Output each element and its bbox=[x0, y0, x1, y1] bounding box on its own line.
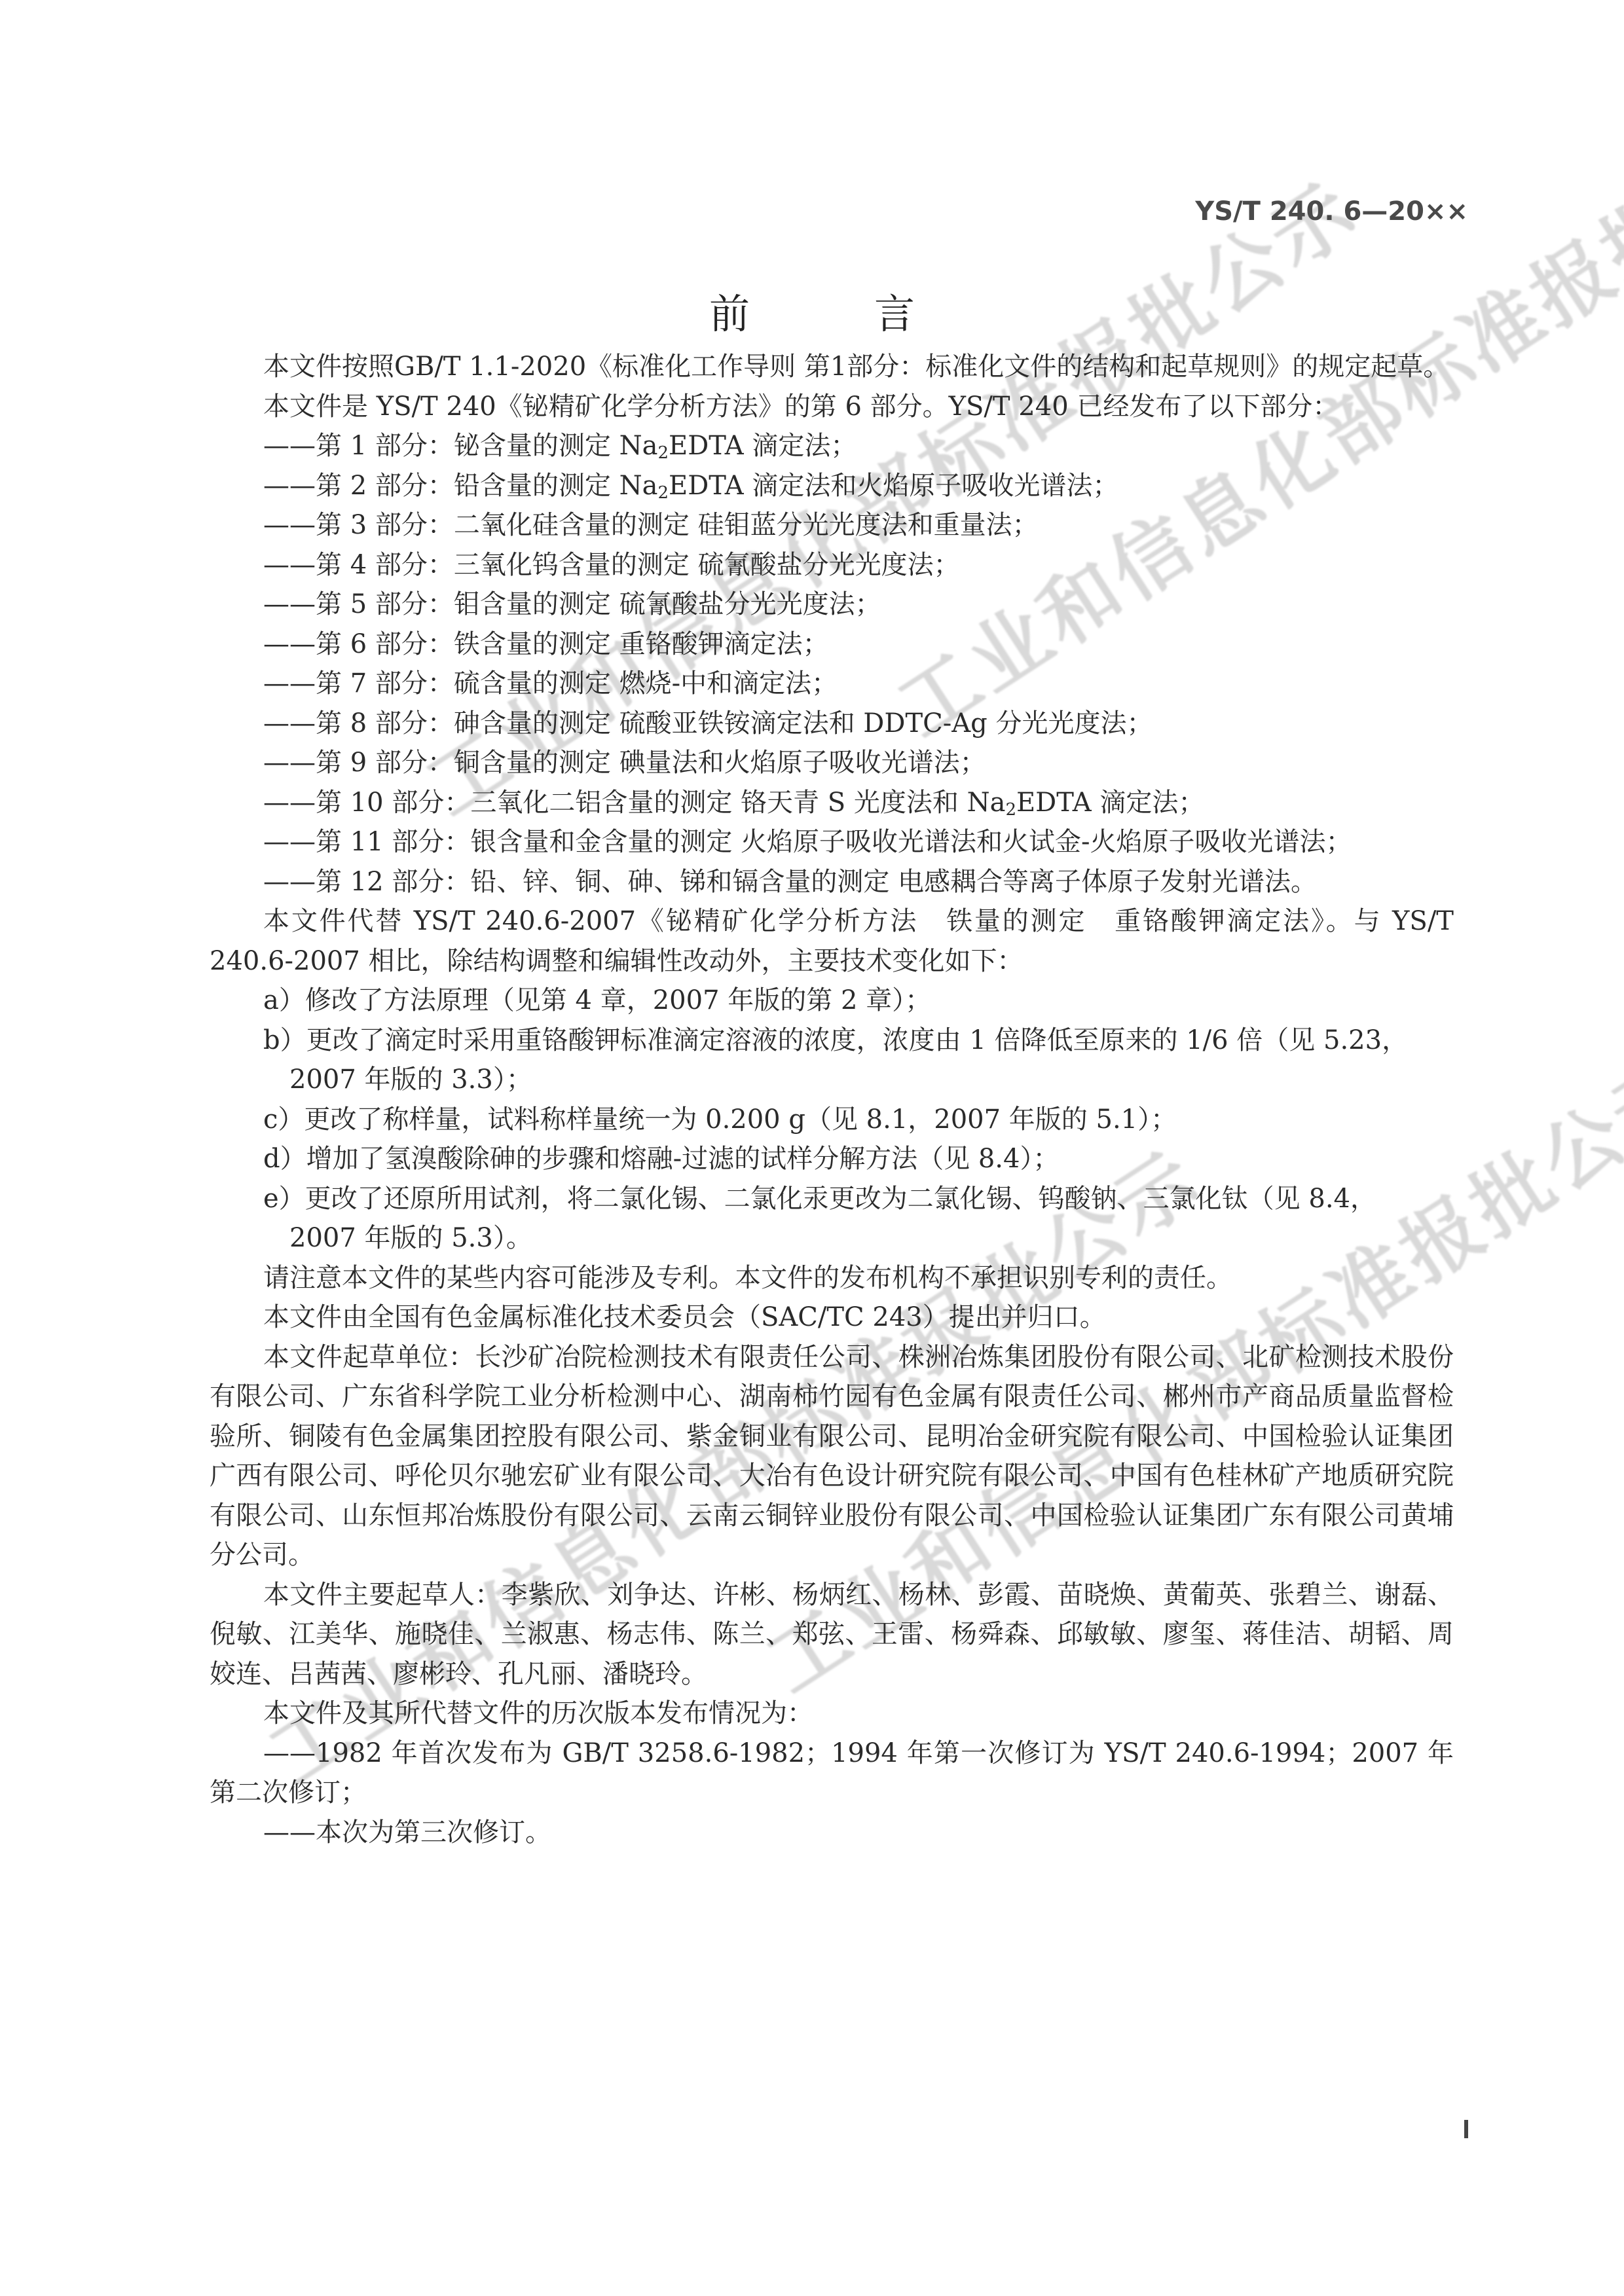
list-item: ——第 8 部分：砷含量的测定 硫酸亚铁铵滴定法和 DDTC-Ag 分光光度法； bbox=[210, 704, 1454, 744]
parts-list: ——第 1 部分：铋含量的测定 Na2EDTA 滴定法； ——第 2 部分：铅含… bbox=[210, 426, 1454, 902]
page-title: 前言 bbox=[0, 282, 1624, 340]
list-item: d）增加了氢溴酸除砷的步骤和熔融-过滤的试样分解方法（见 8.4）； bbox=[210, 1139, 1454, 1179]
list-item: ——第 1 部分：铋含量的测定 Na2EDTA 滴定法； bbox=[210, 426, 1454, 466]
list-item: a）修改了方法原理（见第 4 章，2007 年版的第 2 章）； bbox=[210, 981, 1454, 1021]
changes-list: a）修改了方法原理（见第 4 章，2007 年版的第 2 章）； b）更改了滴定… bbox=[210, 981, 1454, 1258]
paragraph-drafting-units: 本文件起草单位：长沙矿冶院检测技术有限责任公司、株洲冶炼集团股份有限公司、北矿检… bbox=[210, 1338, 1454, 1575]
list-item: ——本次为第三次修订。 bbox=[210, 1813, 1454, 1853]
title-char: 前 bbox=[709, 282, 750, 340]
list-item: ——第 3 部分：二氧化硅含量的测定 硅钼蓝分光光度法和重量法； bbox=[210, 505, 1454, 545]
list-item: ——第 2 部分：铅含量的测定 Na2EDTA 滴定法和火焰原子吸收光谱法； bbox=[210, 466, 1454, 506]
list-item: e）更改了还原所用试剂，将二氯化锡、二氯化汞更改为二氯化锡、钨酸钠、三氯化钛（见… bbox=[210, 1179, 1454, 1219]
list-item-continuation: 2007 年版的 3.3）； bbox=[210, 1060, 1454, 1100]
list-item: ——第 7 部分：硫含量的测定 燃烧-中和滴定法； bbox=[210, 664, 1454, 704]
list-item: c）更改了称样量，试料称样量统一为 0.200 g（见 8.1，2007 年版的… bbox=[210, 1100, 1454, 1140]
title-char: 言 bbox=[874, 282, 915, 340]
list-item: ——第 5 部分：钼含量的测定 硫氰酸盐分光光度法； bbox=[210, 585, 1454, 625]
list-item: ——第 12 部分：铅、锌、铜、砷、锑和镉含量的测定 电感耦合等离子体原子发射光… bbox=[210, 862, 1454, 902]
list-item: ——第 6 部分：铁含量的测定 重铬酸钾滴定法； bbox=[210, 625, 1454, 665]
list-item: b）更改了滴定时采用重铬酸钾标准滴定溶液的浓度，浓度由 1 倍降低至原来的 1/… bbox=[210, 1021, 1454, 1061]
paragraph-drafting-rules: 本文件按照GB/T 1.1-2020《标准化工作导则 第1部分：标准化文件的结构… bbox=[210, 347, 1454, 387]
paragraph-proposer: 本文件由全国有色金属标准化技术委员会（SAC/TC 243）提出并归口。 bbox=[210, 1298, 1454, 1338]
paragraph-drafters: 本文件主要起草人：李紫欣、刘争达、许彬、杨炳红、杨林、彭霞、苗晓焕、黄葡英、张碧… bbox=[210, 1575, 1454, 1694]
paragraph-patent-notice: 请注意本文件的某些内容可能涉及专利。本文件的发布机构不承担识别专利的责任。 bbox=[210, 1258, 1454, 1298]
document-body: 本文件按照GB/T 1.1-2020《标准化工作导则 第1部分：标准化文件的结构… bbox=[210, 347, 1454, 1852]
list-item: ——第 11 部分：银含量和金含量的测定 火焰原子吸收光谱法和火试金-火焰原子吸… bbox=[210, 822, 1454, 862]
list-item: ——1982 年首次发布为 GB/T 3258.6-1982；1994 年第一次… bbox=[210, 1734, 1454, 1813]
document-code: YS/T 240. 6—20×× bbox=[1195, 196, 1468, 227]
page-number: I bbox=[1464, 2120, 1468, 2138]
list-item-continuation: 2007 年版的 5.3）。 bbox=[210, 1218, 1454, 1258]
list-item: ——第 10 部分：三氧化二铝含量的测定 铬天青 S 光度法和 Na2EDTA … bbox=[210, 783, 1454, 823]
paragraph-history-intro: 本文件及其所代替文件的历次版本发布情况为： bbox=[210, 1694, 1454, 1734]
paragraph-replacement: 本文件代替 YS/T 240.6-2007《铋精矿化学分析方法 铁量的测定 重铬… bbox=[210, 902, 1454, 981]
list-item: ——第 4 部分：三氧化钨含量的测定 硫氰酸盐分光光度法； bbox=[210, 545, 1454, 585]
list-item: ——第 9 部分：铜含量的测定 碘量法和火焰原子吸收光谱法； bbox=[210, 743, 1454, 783]
document-page: 工业和信息化部标准报批公示 工业和信息化部标准报批公示 工业和信息化部标准报批公… bbox=[0, 0, 1624, 2296]
paragraph-series-intro: 本文件是 YS/T 240《铋精矿化学分析方法》的第 6 部分。YS/T 240… bbox=[210, 387, 1454, 427]
